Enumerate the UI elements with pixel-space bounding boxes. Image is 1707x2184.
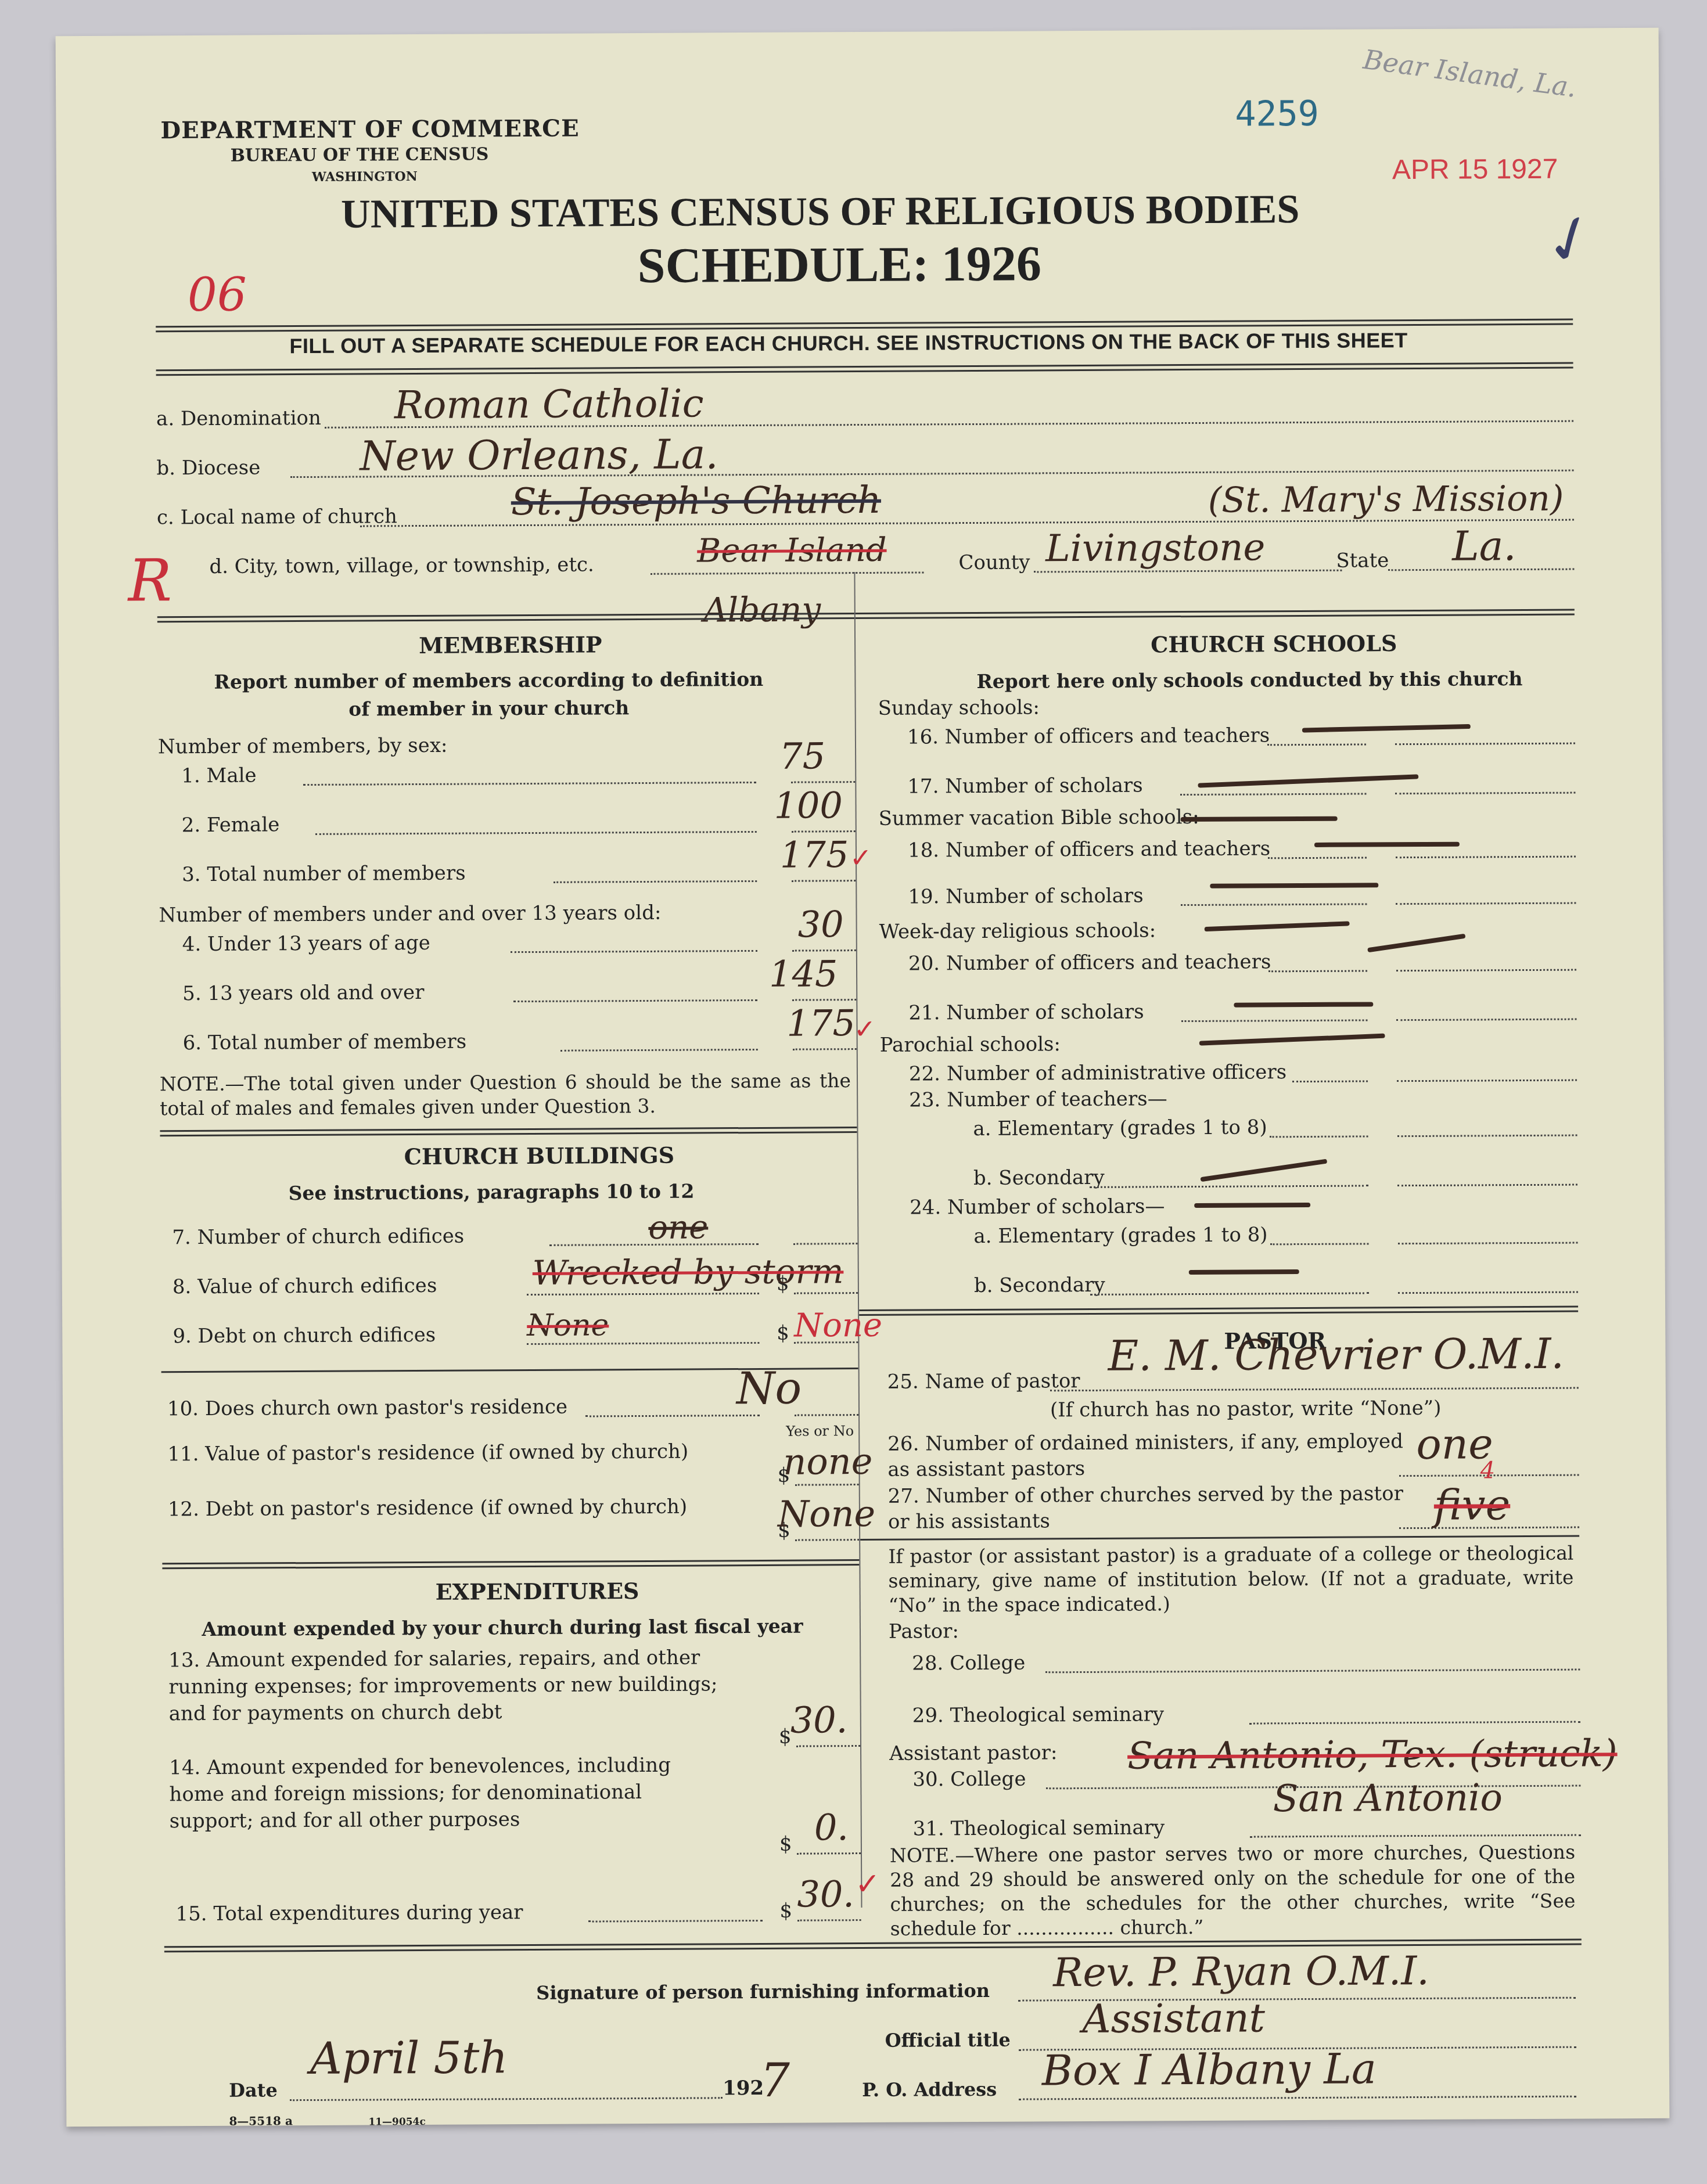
owns-residence-field[interactable]: No [736, 1362, 802, 1415]
total-members-label: 3. Total number of members [182, 862, 466, 887]
residence-value-label: 11. Value of pastor's residence (if owne… [167, 1438, 719, 1467]
date-field[interactable]: April 5th [310, 2031, 508, 2084]
city-label: d. City, town, village, or township, etc… [209, 553, 594, 578]
dotted-line [1395, 792, 1575, 795]
dotted-line [793, 1243, 857, 1245]
q18-label: 18. Number of officers and teachers [908, 837, 1271, 862]
q17-dash-field[interactable] [1198, 774, 1418, 787]
residence-debt-field[interactable]: None [778, 1492, 876, 1535]
q19-dash-field[interactable] [1210, 883, 1378, 888]
asst-college-label: 30. College [912, 1768, 1026, 1791]
male-count[interactable]: 75 [779, 735, 825, 777]
total-expenditures-label: 15. Total expenditures during year [175, 1901, 523, 1926]
dotted-line [1396, 856, 1576, 859]
membership-heading: MEMBERSHIP [419, 631, 602, 659]
owns-residence-label: 10. Does church own pastor's residence [167, 1395, 567, 1421]
signature-field[interactable]: Rev. P. Ryan O.M.I. [1053, 1948, 1429, 1996]
female-count[interactable]: 100 [774, 784, 843, 827]
dotted-line [797, 1852, 861, 1855]
dotted-line [1019, 2096, 1576, 2100]
year-prefix: 192 [723, 2077, 764, 2100]
pastor-note: NOTE.—Where one pastor serves two or mor… [890, 1840, 1576, 1941]
church-buildings-heading: CHURCH BUILDINGS [404, 1142, 675, 1170]
total-members-count-2[interactable]: 175 [786, 1002, 856, 1045]
male-label: 1. Male [181, 764, 257, 787]
assistant-pastor-label: Assistant pastor: [889, 1741, 1058, 1765]
pastor-name-field[interactable]: E. M. Chevrier O.M.I. [1108, 1329, 1564, 1380]
divider [156, 362, 1573, 376]
edifices-value-label: 8. Value of church edifices [173, 1274, 437, 1298]
pastor-college-field[interactable] [1045, 1669, 1580, 1674]
dotted-line [792, 999, 856, 1001]
instruction-banner: FILL OUT A SEPARATE SCHEDULE FOR EACH CH… [289, 328, 1408, 358]
expenditures-subtitle: Amount expended by your church during la… [168, 1614, 836, 1640]
total-members-label-2: 6. Total number of members [183, 1030, 467, 1055]
dotted-line [1396, 969, 1576, 972]
dotted-line [560, 1049, 758, 1052]
dotted-line [1270, 1243, 1369, 1245]
parochial-schools-label: Parochial schools: [880, 1032, 1061, 1057]
edifices-count-label: 7. Number of church edifices [172, 1225, 464, 1250]
dollar-sign: $ [779, 1725, 792, 1748]
dollar-sign: $ [779, 1899, 792, 1923]
diocese-label: b. Diocese [156, 456, 260, 480]
census-schedule-sheet: DEPARTMENT OF COMMERCE BUREAU OF THE CEN… [56, 28, 1670, 2127]
total-expenditures-field[interactable]: 30. [797, 1873, 854, 1916]
q24a-label: a. Elementary (grades 1 to 8) [973, 1223, 1267, 1248]
dotted-line [1250, 1834, 1581, 1838]
dotted-line [1395, 743, 1575, 746]
state-field[interactable]: La. [1452, 522, 1516, 570]
column-divider [854, 572, 862, 1908]
q17-label: 17. Number of scholars [907, 773, 1142, 798]
dotted-line [792, 830, 856, 833]
denomination-label: a. Denomination [156, 406, 321, 430]
dotted-line [1090, 1292, 1369, 1296]
under-13-count[interactable]: 30 [797, 903, 843, 945]
dotted-line [793, 1048, 857, 1050]
yes-no-hint: Yes or No [786, 1423, 854, 1440]
dotted-line [795, 1414, 858, 1416]
dotted-line [1398, 1242, 1578, 1245]
received-date-stamp: APR 15 1927 [1392, 153, 1558, 186]
page-title: UNITED STATES CENSUS OF RELIGIOUS BODIES [341, 186, 1299, 238]
divider [162, 1559, 859, 1569]
residence-value-field[interactable]: none [783, 1440, 872, 1483]
print-number: 11—9054c [368, 2116, 425, 2128]
weekday-dash [1205, 921, 1350, 931]
county-label: County [958, 551, 1030, 574]
running-expenses-label: 13. Amount expended for salaries, repair… [168, 1644, 721, 1727]
dotted-line [1397, 1184, 1577, 1187]
residence-debt-label: 12. Debt on pastor's residence (if owned… [168, 1493, 720, 1523]
dotted-line [527, 1293, 759, 1296]
dotted-line [795, 1484, 859, 1486]
bureau-heading: BUREAU OF THE CENSUS [231, 144, 489, 165]
edifices-value-field[interactable]: Wrecked by storm [533, 1251, 844, 1293]
schedule-year-title: SCHEDULE: 1926 [637, 234, 1041, 294]
asst-seminary-field[interactable]: San Antonio [1273, 1776, 1503, 1820]
q18-dash-field[interactable] [1314, 842, 1460, 847]
assistants-label: 26. Number of ordained ministers, if any… [887, 1429, 1410, 1483]
official-title-label: Official title [885, 2029, 1011, 2052]
q16-label: 16. Number of officers and teachers [907, 724, 1270, 749]
benevolences-label: 14. Amount expended for benevolences, in… [169, 1751, 721, 1834]
q24b-dash-field[interactable] [1189, 1269, 1299, 1275]
church-schools-heading: CHURCH SCHOOLS [1151, 630, 1397, 657]
dotted-line [795, 1539, 859, 1541]
church-schools-subtitle: Report here only schools conducted by th… [924, 667, 1575, 693]
pastor-college-label: 28. College [912, 1652, 1025, 1675]
diocese-field[interactable]: New Orleans, La. [360, 430, 718, 480]
dotted-line [1292, 1080, 1368, 1082]
parochial-dash [1199, 1034, 1385, 1046]
dotted-line [315, 831, 757, 835]
church-buildings-subtitle: See instructions, paragraphs 10 to 12 [213, 1179, 770, 1205]
other-churches-label: 27. Number of other churches served by t… [888, 1481, 1411, 1535]
dotted-line [1180, 793, 1366, 796]
q23b-label: b. Secondary [973, 1166, 1105, 1190]
other-churches-correction: 4 [1480, 1457, 1495, 1484]
q23a-label: a. Elementary (grades 1 to 8) [973, 1116, 1267, 1140]
q20-dash-field[interactable] [1367, 934, 1465, 952]
under-13-label: 4. Under 13 years of age [182, 931, 430, 956]
dotted-line [513, 999, 757, 1002]
divider [859, 1306, 1578, 1316]
q24b-label: b. Secondary [974, 1273, 1105, 1297]
city-heading: WASHINGTON [312, 169, 418, 185]
dotted-line [303, 782, 756, 786]
q21-label: 21. Number of scholars [908, 1000, 1144, 1024]
dotted-line [792, 949, 856, 952]
over-13-label: 5. 13 years old and over [182, 981, 424, 1005]
county-field[interactable]: Livingstone [1045, 526, 1265, 570]
q20-label: 20. Number of officers and teachers [908, 950, 1271, 975]
form-number: 8—5518 a [229, 2114, 293, 2128]
divider [157, 609, 1575, 623]
q23-label: 23. Number of teachers— [909, 1087, 1167, 1111]
pastor-seminary-label: 29. Theological seminary [912, 1703, 1165, 1727]
dotted-line [1396, 902, 1576, 905]
pastor-name-hint: (If church has no pastor, write “None”) [1050, 1397, 1442, 1422]
running-expenses-field[interactable]: 30. [790, 1699, 848, 1742]
dollar-sign: $ [779, 1833, 792, 1856]
dotted-line [1268, 970, 1367, 972]
city-line [651, 571, 923, 574]
city-struck: Bear Island [697, 531, 887, 570]
dotted-line [1050, 1387, 1579, 1392]
dollar-sign: $ [777, 1322, 789, 1345]
margin-code: 06 [188, 268, 247, 322]
state-label: State [1336, 549, 1389, 572]
q24-dash [1194, 1203, 1310, 1208]
dotted-line [588, 1920, 763, 1923]
date-label: Date [229, 2079, 278, 2101]
summer-dash [1181, 816, 1338, 822]
dotted-line [1267, 743, 1366, 746]
female-label: 2. Female [182, 813, 280, 837]
dotted-line [794, 1292, 858, 1294]
dotted-line [791, 781, 855, 783]
summer-schools-label: Summer vacation Bible schools: [879, 805, 1199, 830]
other-churches-field[interactable]: five [1434, 1480, 1511, 1530]
weekday-schools-label: Week-day religious schools: [879, 919, 1156, 943]
q24-label: 24. Number of scholars— [910, 1194, 1165, 1219]
signature-label: Signature of person furnishing informati… [536, 1980, 990, 2004]
divider [160, 1127, 857, 1136]
by-sex-label: Number of members, by sex: [158, 734, 448, 759]
benevolences-field[interactable]: 0. [814, 1806, 849, 1848]
dotted-line [511, 950, 757, 953]
edifices-count-field[interactable]: one [648, 1208, 708, 1247]
dotted-line [1398, 1291, 1578, 1294]
sunday-schools-label: Sunday schools: [878, 696, 1040, 719]
official-title-field[interactable]: Assistant [1082, 1995, 1265, 2042]
dotted-line [1181, 1019, 1367, 1022]
dotted-line [797, 1919, 861, 1922]
edifices-debt-struck: None [527, 1308, 609, 1343]
dotted-line [796, 1745, 860, 1747]
asst-seminary-label: 31. Theological seminary [913, 1816, 1165, 1840]
checkmark-icon: ✓ [850, 842, 872, 873]
margin-review-mark: R [128, 546, 172, 614]
dotted-line [1397, 1080, 1577, 1082]
checkmark-icon: ✓ [853, 1013, 876, 1045]
membership-subtitle: Report number of members according to de… [210, 665, 767, 724]
year-field[interactable]: 7 [760, 2053, 790, 2107]
dotted-line [1396, 1019, 1576, 1021]
edifices-debt-label: 9. Debt on church edifices [173, 1323, 436, 1348]
q21-dash-field[interactable] [1234, 1002, 1373, 1007]
city-field[interactable]: Albany [703, 589, 821, 629]
divider [860, 1535, 1579, 1541]
q23b-dash-field[interactable] [1200, 1159, 1327, 1182]
dotted-line [792, 880, 856, 882]
dotted-line [290, 2097, 723, 2101]
membership-note: NOTE.—The total given under Question 6 s… [160, 1068, 851, 1121]
dotted-line [1090, 1185, 1368, 1188]
local-name-field[interactable]: (St. Mary's Mission) [1208, 478, 1564, 521]
by-age-label: Number of members under and over 13 year… [159, 901, 661, 927]
dotted-line [1397, 1135, 1577, 1138]
expenditures-heading: EXPENDITURES [436, 1578, 639, 1605]
local-name-struck: St. Joseph's Church [511, 479, 882, 524]
dotted-line [1268, 857, 1367, 859]
q19-label: 19. Number of scholars [908, 884, 1143, 908]
dotted-line [1181, 903, 1367, 906]
dotted-line [585, 1415, 760, 1417]
dotted-line [1270, 1135, 1368, 1138]
checkmark-icon: ✓ [855, 1867, 881, 1902]
over-13-count[interactable]: 145 [769, 952, 838, 995]
dotted-line [554, 880, 757, 883]
total-members-count[interactable]: 175 [780, 833, 849, 876]
asst-college-field[interactable]: San Antonio, Tex. (struck) [1127, 1732, 1618, 1778]
po-address-label: P. O. Address [862, 2078, 997, 2101]
checkmark-icon: ✓ [1532, 196, 1608, 284]
pastor-seminary-field[interactable] [1249, 1721, 1580, 1725]
pencil-location-note: Bear Island, La. [1361, 44, 1579, 103]
department-heading: DEPARTMENT OF COMMERCE [160, 115, 579, 145]
graduate-note: If pastor (or assistant pastor) is a gra… [888, 1541, 1574, 1618]
denomination-field[interactable]: Roman Catholic [394, 381, 704, 427]
po-address-field[interactable]: Box I Albany La [1042, 2044, 1377, 2095]
q22-label: 22. Number of administrative officers [909, 1060, 1286, 1085]
serial-number: 4259 [1235, 93, 1319, 135]
pastor-section-label: Pastor: [889, 1620, 959, 1643]
q16-dash-field[interactable] [1302, 724, 1471, 733]
